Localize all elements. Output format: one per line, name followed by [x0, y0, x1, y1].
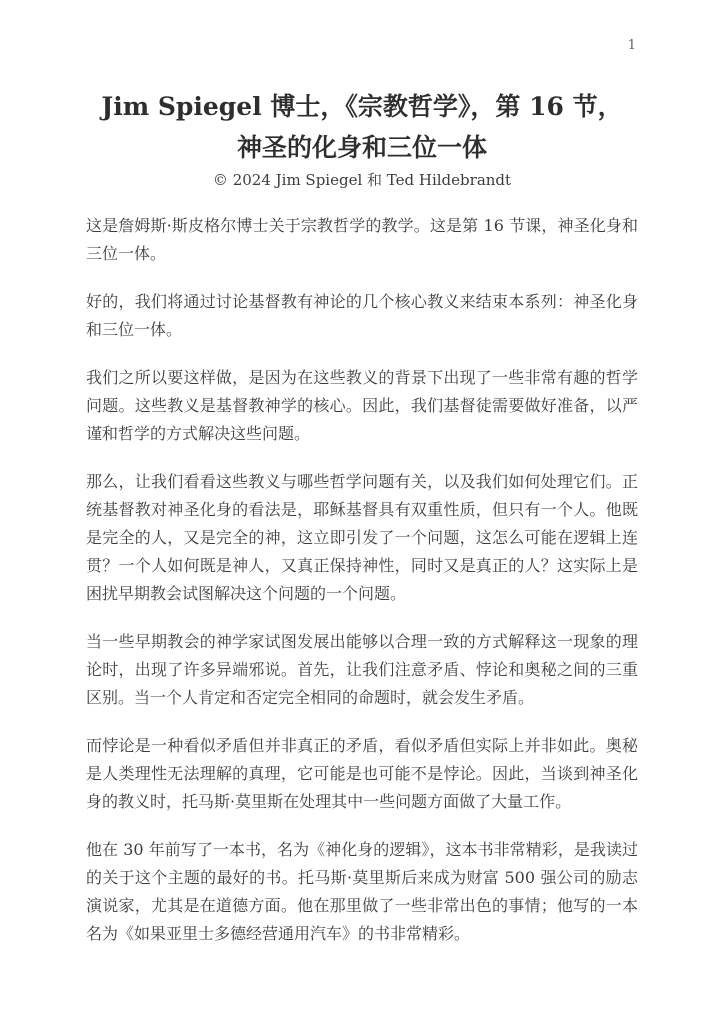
paragraph: 那么，让我们看看这些教义与哪些哲学问题有关，以及我们如何处理它们。正统基督教对神…	[86, 468, 638, 608]
paragraph: 当一些早期教会的神学家试图发展出能够以合理一致的方式解释这一现象的理论时，出现了…	[86, 628, 638, 712]
paragraph: 他在 30 年前写了一本书，名为《神化身的逻辑》，这本书非常精彩，是我读过的关于…	[86, 836, 638, 948]
title-line-2: 神圣的化身和三位一体	[86, 127, 638, 168]
title-line-1: Jim Spiegel 博士，《宗教哲学》，第 16 节，	[86, 86, 638, 127]
paragraph: 这是詹姆斯·斯皮格尔博士关于宗教哲学的教学。这是第 16 节课，神圣化身和三位一…	[86, 212, 638, 268]
copyright-line: © 2024 Jim Spiegel 和 Ted Hildebrandt	[86, 170, 638, 190]
page-number: 1	[628, 38, 636, 54]
paragraph: 我们之所以要这样做，是因为在这些教义的背景下出现了一些非常有趣的哲学问题。这些教…	[86, 364, 638, 448]
paragraph: 好的，我们将通过讨论基督教有神论的几个核心教义来结束本系列：神圣化身和三位一体。	[86, 288, 638, 344]
document-page: 1 Jim Spiegel 博士，《宗教哲学》，第 16 节， 神圣的化身和三位…	[0, 0, 724, 1024]
document-body: 这是詹姆斯·斯皮格尔博士关于宗教哲学的教学。这是第 16 节课，神圣化身和三位一…	[86, 212, 638, 948]
paragraph: 而悖论是一种看似矛盾但并非真正的矛盾，看似矛盾但实际上并非如此。奥秘是人类理性无…	[86, 732, 638, 816]
page-title: Jim Spiegel 博士，《宗教哲学》，第 16 节， 神圣的化身和三位一体	[86, 0, 638, 168]
